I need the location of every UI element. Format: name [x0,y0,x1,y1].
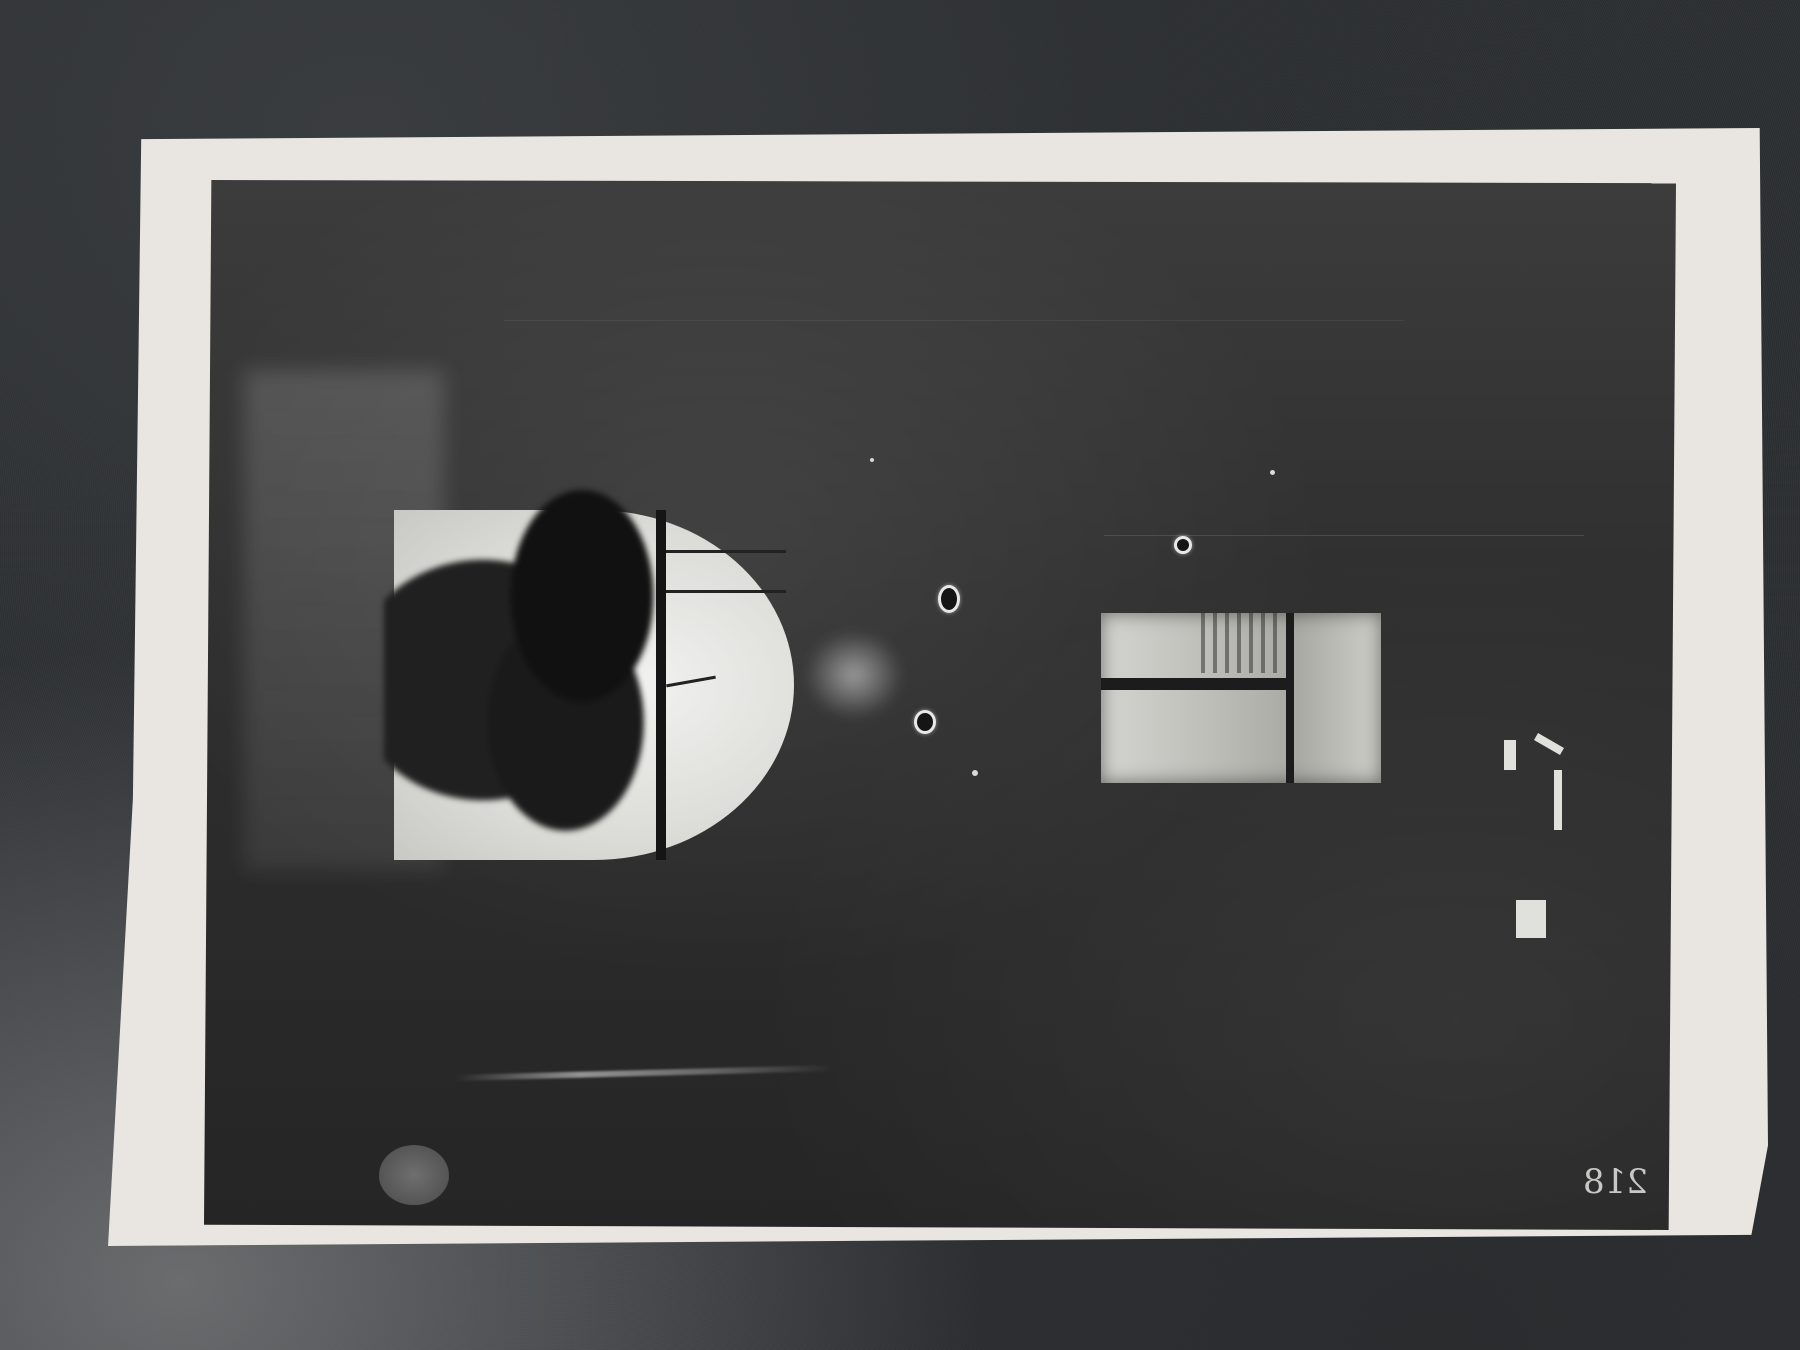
ring-spot [938,585,960,613]
light-fragment [1534,733,1564,755]
dust-spot [870,458,874,462]
light-fragment [1516,900,1546,938]
light-fragment [1504,740,1516,770]
window-crossbar [1101,678,1291,690]
dust-spot [972,770,978,776]
barred-window [1101,613,1381,783]
window-mullion [1286,613,1294,783]
scratch-line [504,320,1404,321]
ring-spot [914,710,936,734]
light-streak [454,1065,834,1081]
ring-spot [1174,536,1192,554]
light-glow [804,630,904,720]
arched-window [394,510,794,860]
light-fragment [1554,770,1562,830]
dust-spot [1270,470,1275,475]
foreground-silhouette [384,470,714,890]
window-blinds [1201,613,1281,673]
scratch-line [1104,535,1584,536]
corner-handwritten-mark: 218 [1583,1162,1648,1202]
photo-print: 218 [108,128,1768,1246]
photo-image-area: 218 [204,180,1676,1230]
object-blob [379,1145,449,1205]
